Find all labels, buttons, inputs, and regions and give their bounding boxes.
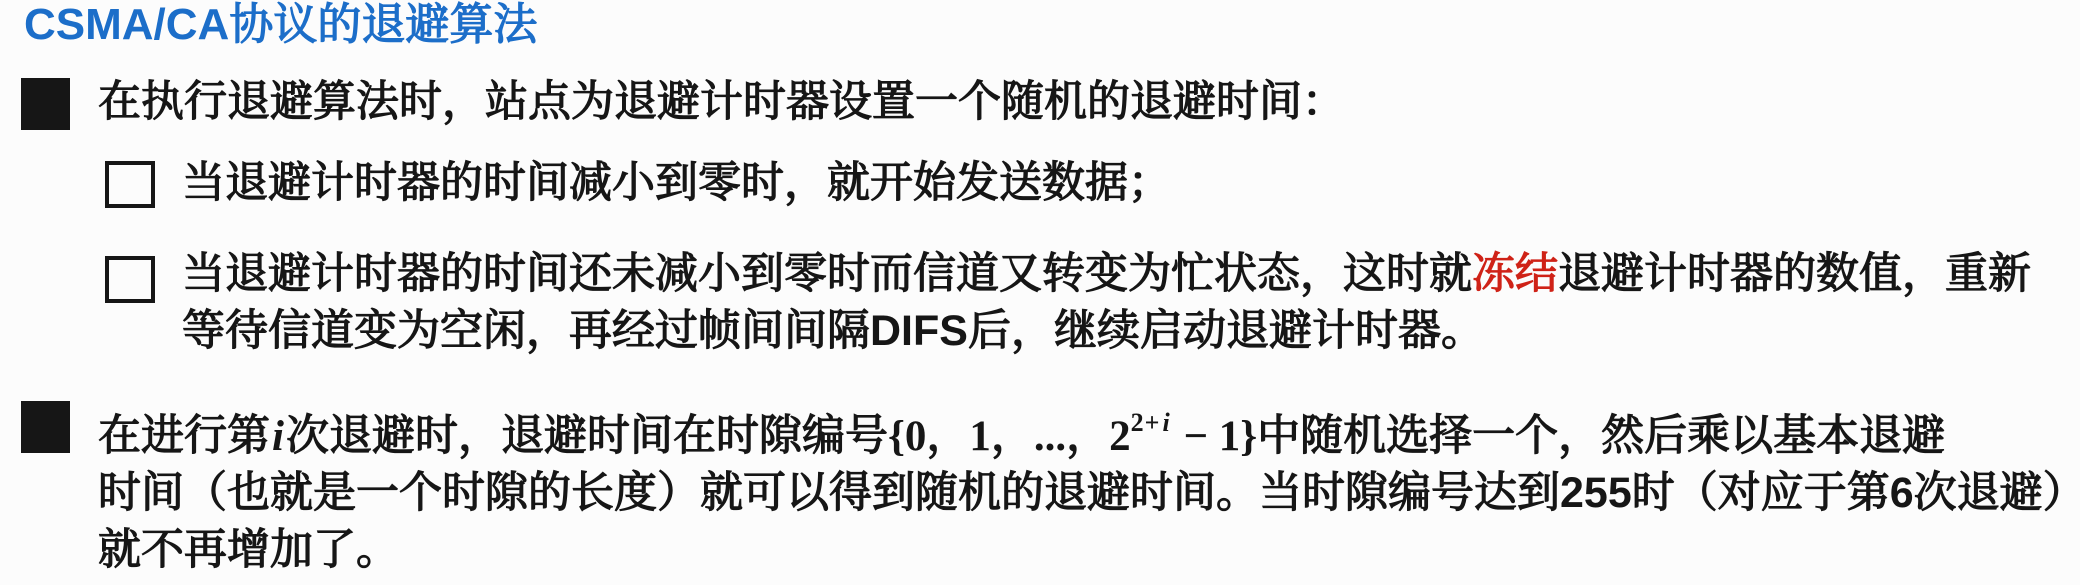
sub-bullet-2-line1-pre: 当退避计时器的时间还未减小到零时而信道又转变为忙状态，这时就: [182, 250, 1472, 298]
filled-square-bullet-icon: [21, 401, 70, 453]
frozen-highlight-text: 冻结: [1472, 250, 1558, 298]
bullet-2-text: 在进行第i次退避时，退避时间在时隙编号{0，1，...，22+i − 1}中随机…: [98, 394, 2080, 579]
sub-bullet-2-text: 当退避计时器的时间还未减小到零时而信道又转变为忙状态，这时就冻结退避计时器的数值…: [182, 246, 2031, 360]
math-variable-i: i: [270, 413, 286, 460]
hollow-square-bullet-icon: [105, 161, 155, 208]
math-set-open: {0，1，...，2: [888, 413, 1131, 460]
slide: CSMA/CA协议的退避算法 在执行退避算法时，站点为退避计时器设置一个随机的退…: [0, 0, 2080, 585]
bullet-1-text: 在执行退避算法时，站点为退避计时器设置一个随机的退避时间：: [98, 74, 1345, 131]
sub-bullet-1-text: 当退避计时器的时间减小到零时，就开始发送数据；: [182, 155, 1171, 212]
bullet-2-line1-post: 中随机选择一个，然后乘以基本退避: [1257, 412, 1945, 460]
math-superscript-base: 2+: [1131, 408, 1161, 437]
sub-bullet-2-line1-post: 退避计时器的数值，重新: [1558, 250, 2031, 298]
sub-bullet-2-line2: 等待信道变为空闲，再经过帧间间隔DIFS后，继续启动退避计时器。: [182, 307, 1484, 355]
math-superscript-i: i: [1160, 408, 1172, 437]
hollow-square-bullet-icon: [105, 256, 155, 303]
bullet-2-line1-pre: 在进行第: [98, 412, 270, 460]
filled-square-bullet-icon: [21, 78, 70, 130]
bullet-1-line: 在执行退避算法时，站点为退避计时器设置一个随机的退避时间：: [98, 78, 1345, 126]
math-set-close: − 1}: [1173, 413, 1257, 460]
bullet-2-line1-mid: 次退避时，退避时间在时隙编号: [286, 412, 888, 460]
page-title: CSMA/CA协议的退避算法: [24, 0, 537, 50]
sub-bullet-1-line: 当退避计时器的时间减小到零时，就开始发送数据；: [182, 159, 1171, 207]
bullet-2-line2: 时间（也就是一个时隙的长度）就可以得到随机的退避时间。当时隙编号达到255时（对…: [98, 469, 2080, 517]
bullet-2-line3: 就不再增加了。: [98, 526, 399, 574]
